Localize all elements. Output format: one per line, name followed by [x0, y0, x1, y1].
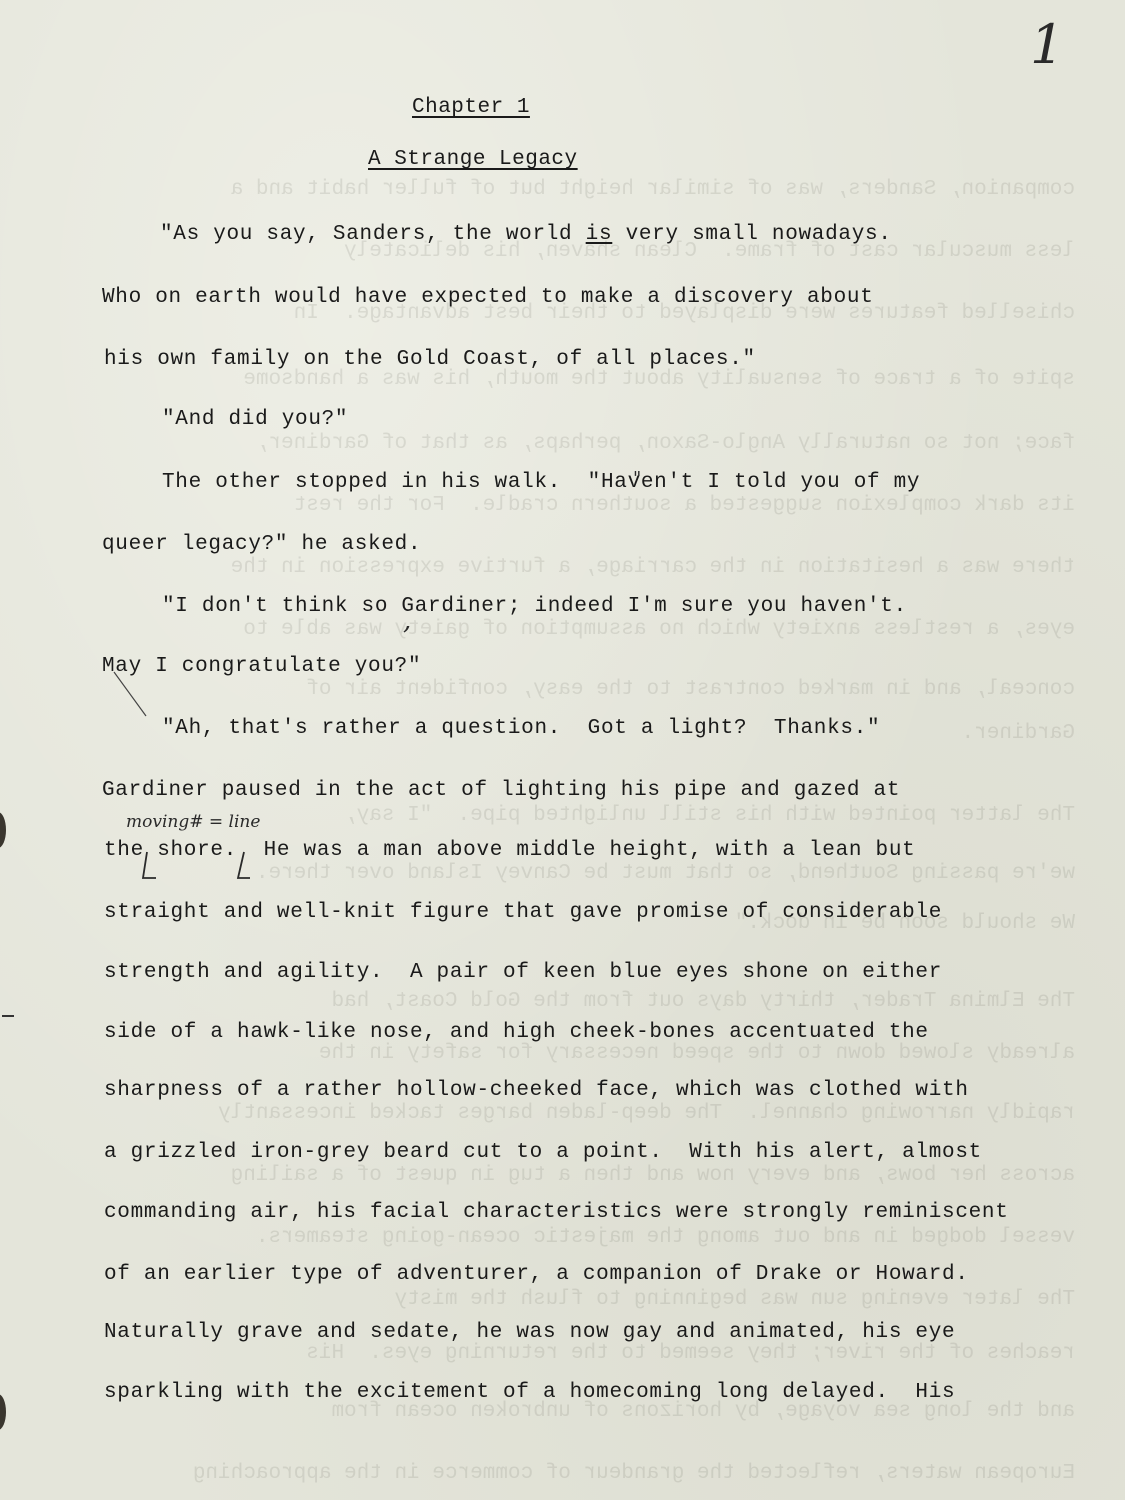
chapter-number: Chapter 1	[412, 96, 530, 119]
text-line: side of a hawk-like nose, and high cheek…	[104, 1022, 929, 1043]
bleed-line: companion, Sanders, was of similar heigh…	[231, 178, 1075, 201]
bleed-line: European waters, reflected the grandeur …	[193, 1462, 1075, 1485]
text-line: a grizzled iron-grey beard cut to a poin…	[104, 1142, 982, 1163]
text-span: "As you say, Sanders, the world	[160, 223, 586, 246]
bleed-line: spite of a trace of sensuality about the…	[243, 368, 1075, 391]
text-line: Gardiner paused in the act of lighting h…	[102, 780, 900, 801]
text-line: "I don't think so Gardiner; indeed I'm s…	[162, 596, 907, 617]
binding-hole	[0, 812, 6, 848]
text-line: of an earlier type of adventurer, a comp…	[104, 1264, 969, 1285]
text-line: strength and agility. A pair of keen blu…	[104, 962, 942, 983]
bleed-line: eyes, a restless anxiety which no assump…	[243, 618, 1075, 641]
text-line: straight and well-knit figure that gave …	[104, 902, 942, 923]
text-line: sharpness of a rather hollow-cheeked fac…	[104, 1080, 969, 1101]
margin-tick-mark	[2, 1015, 14, 1017]
bleed-line: face; not so naturally Anglo-Saxon, perh…	[256, 432, 1075, 455]
bleed-line: The later evening sun was beginning to f…	[394, 1288, 1075, 1311]
text-line: sparkling with the excitement of a homec…	[104, 1382, 955, 1403]
insertion-caret-marks	[140, 848, 260, 884]
text-line: his own family on the Gold Coast, of all…	[104, 349, 756, 370]
text-line: queer legacy?" he asked.	[102, 534, 421, 555]
text-line: commanding air, his facial characteristi…	[104, 1202, 1009, 1223]
bleed-line: across her bows, and every now and then …	[231, 1164, 1075, 1187]
handwritten-quote-mark: "	[633, 470, 641, 488]
bleed-line: The latter pointed with his still unligh…	[344, 804, 1075, 827]
text-line: "And did you?"	[162, 409, 348, 430]
pen-stroke-mark	[110, 670, 170, 730]
page-number: 1	[1030, 18, 1064, 72]
bleed-line: there was a hesitation in the carriage, …	[231, 556, 1075, 579]
text-line: "Ah, that's rather a question. Got a lig…	[162, 718, 880, 739]
text-line: The other stopped in his walk. "Haven't …	[162, 472, 920, 493]
bleed-line: its dark complexion suggested a southern…	[294, 494, 1075, 517]
binding-hole	[0, 1394, 6, 1430]
emphasis-underline: is	[586, 223, 613, 246]
handwritten-comma-insert: ,	[403, 608, 411, 634]
bleed-line: already slowed down to the speed necessa…	[319, 1042, 1075, 1065]
text-line: Who on earth would have expected to make…	[102, 287, 874, 308]
bleed-line: conceal, and in marked contrast to the e…	[306, 678, 1075, 701]
chapter-title: A Strange Legacy	[368, 148, 578, 171]
bleed-line: reaches of the river; they seemed to the…	[306, 1342, 1075, 1365]
bleed-line: we're passing Southend, so that must be …	[256, 862, 1075, 885]
text-line: "As you say, Sanders, the world is very …	[160, 224, 892, 245]
handwritten-insertion-note: moving# = line	[126, 814, 260, 831]
text-span: very small nowadays.	[612, 223, 891, 246]
bleed-line: Gardiner.	[962, 722, 1075, 745]
bleed-line: vessel dodged in and out among the majes…	[256, 1226, 1075, 1249]
bleed-line: The Elmina Trader, thirty days out from …	[331, 990, 1075, 1013]
manuscript-page: companion, Sanders, was of similar heigh…	[0, 0, 1125, 1500]
text-line: Naturally grave and sedate, he was now g…	[104, 1322, 955, 1343]
bleed-line: rapidly narrowing channel. The deep-lade…	[218, 1102, 1075, 1125]
